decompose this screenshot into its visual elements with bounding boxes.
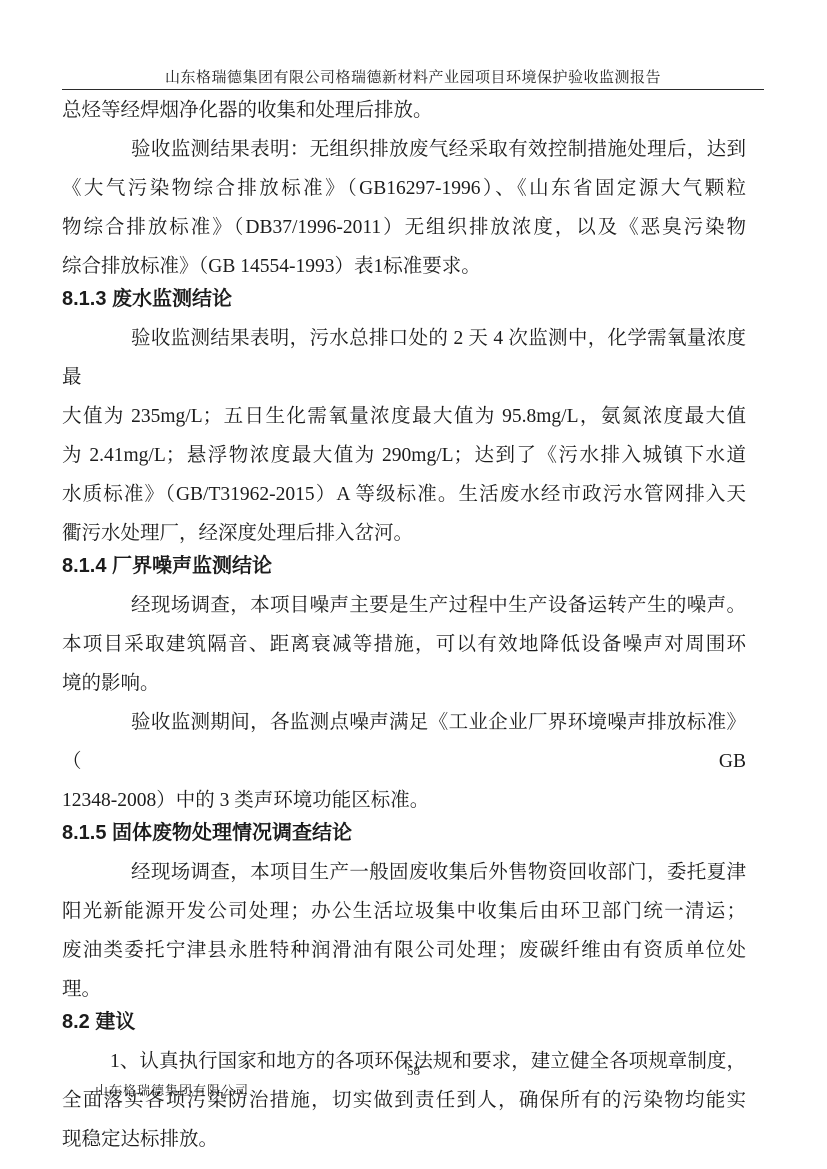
body-text-line: 物综合排放标准》（DB37/1996-2011）无组织排放浓度，以及《恶臭污染物 bbox=[62, 208, 746, 247]
body-text-line: 阳光新能源开发公司处理；办公生活垃圾集中收集后由环卫部门统一清运； bbox=[62, 892, 746, 931]
paragraph: 验收监测结果表明：无组织排放废气经采取有效控制措施处理后，达到《大气污染物综合排… bbox=[62, 130, 746, 286]
body-text-line: 经现场调查，本项目噪声主要是生产过程中生产设备运转产生的噪声。 bbox=[62, 586, 746, 625]
document-body: 总烃等经焊烟净化器的收集和处理后排放。验收监测结果表明：无组织排放废气经采取有效… bbox=[62, 91, 746, 1159]
body-text-line: 本项目采取建筑隔音、距离衰减等措施，可以有效地降低设备噪声对周围环 bbox=[62, 625, 746, 664]
body-text-line: 验收监测结果表明：无组织排放废气经采取有效控制措施处理后，达到 bbox=[62, 130, 746, 169]
body-text-line: 验收监测结果表明，污水总排口处的 2 天 4 次监测中，化学需氧量浓度最 bbox=[62, 319, 746, 397]
section-heading: 8.2 建议 bbox=[62, 1003, 746, 1042]
paragraph: 经现场调查，本项目噪声主要是生产过程中生产设备运转产生的噪声。本项目采取建筑隔音… bbox=[62, 586, 746, 703]
body-text-line: 《大气污染物综合排放标准》（GB16297-1996）、《山东省固定源大气颗粒 bbox=[62, 169, 746, 208]
paragraph: 验收监测期间，各监测点噪声满足《工业企业厂界环境噪声排放标准》（GB12348-… bbox=[62, 703, 746, 820]
body-text-line: 为 2.41mg/L；悬浮物浓度最大值为 290mg/L；达到了《污水排入城镇下… bbox=[62, 436, 746, 475]
body-text-line: 境的影响。 bbox=[62, 664, 746, 703]
paragraph: 验收监测结果表明，污水总排口处的 2 天 4 次监测中，化学需氧量浓度最大值为 … bbox=[62, 319, 746, 553]
body-text-line: 总烃等经焊烟净化器的收集和处理后排放。 bbox=[62, 91, 746, 130]
page-number: 58 bbox=[0, 1063, 827, 1079]
body-text-line: 经现场调查，本项目生产一般固废收集后外售物资回收部门，委托夏津 bbox=[62, 853, 746, 892]
body-text-line: 废油类委托宁津县永胜特种润滑油有限公司处理；废碳纤维由有资质单位处 bbox=[62, 931, 746, 970]
paragraph: 经现场调查，本项目生产一般固废收集后外售物资回收部门，委托夏津阳光新能源开发公司… bbox=[62, 853, 746, 1009]
body-text-line: 验收监测期间，各监测点噪声满足《工业企业厂界环境噪声排放标准》（GB bbox=[62, 703, 746, 781]
page-header-title: 山东格瑞德集团有限公司格瑞德新材料产业园项目环境保护验收监测报告 bbox=[62, 66, 764, 87]
body-text-line: 大值为 235mg/L；五日生化需氧量浓度最大值为 95.8mg/L，氨氮浓度最… bbox=[62, 397, 746, 436]
document-page: 山东格瑞德集团有限公司格瑞德新材料产业园项目环境保护验收监测报告 总烃等经焊烟净… bbox=[0, 0, 827, 1169]
paragraph: 1、认真执行国家和地方的各项环保法规和要求，建立健全各项规章制度，全面落实各项污… bbox=[62, 1042, 746, 1159]
body-text-line: 水质标准》（GB/T31962-2015）A 等级标准。生活废水经市政污水管网排… bbox=[62, 475, 746, 514]
footer-company-name: 山东格瑞德集团有限公司 bbox=[95, 1080, 249, 1099]
body-text-line: 现稳定达标排放。 bbox=[62, 1120, 746, 1159]
paragraph: 总烃等经焊烟净化器的收集和处理后排放。 bbox=[62, 91, 746, 130]
header-divider bbox=[62, 89, 764, 90]
